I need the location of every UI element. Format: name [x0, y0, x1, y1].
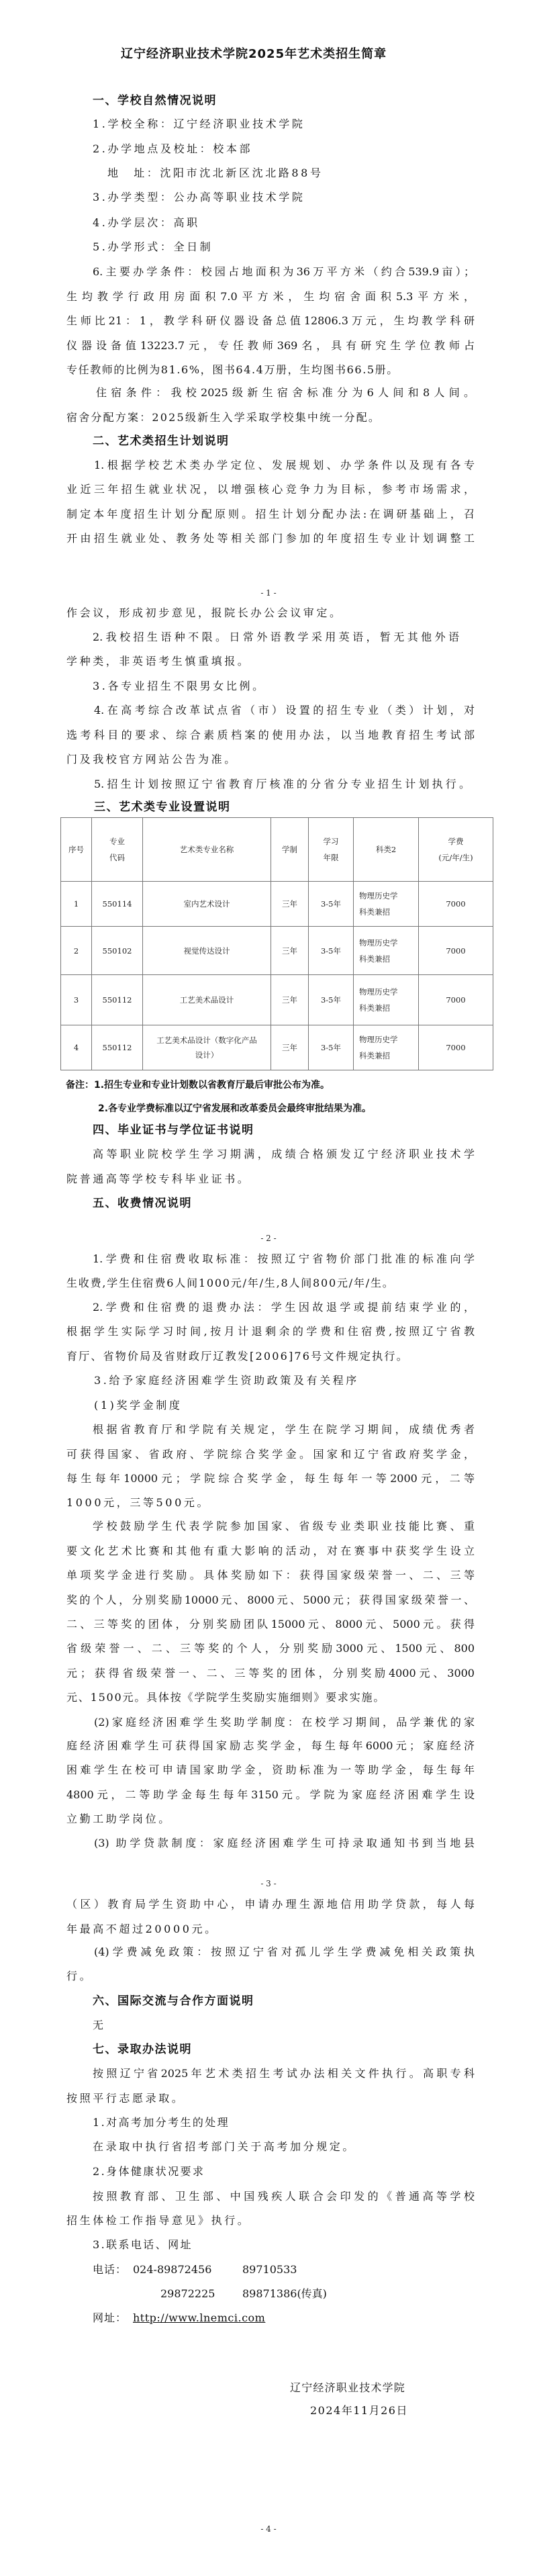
contest-line: 单项奖学金进行奖励。具体奖励如下：获得国家级荣誉一、二、三等	[66, 1569, 475, 1582]
cell-system: 三年	[271, 975, 309, 1025]
cell-tuition: 7000	[419, 882, 493, 927]
cell-code: 550112	[92, 975, 143, 1025]
school-address: 地 址：沈阳市沈北新区沈北路88号	[107, 167, 324, 180]
header-code: 专业代码	[92, 818, 143, 882]
table-note-1: 备注：1.招生专业和专业计划数以省教育厅最后审批公布为准。	[66, 1078, 330, 1091]
hardship-line: 4800元，二等助学金每生每年3150元。学院为家庭经济困难学生设	[66, 1788, 475, 1802]
school-name: 1.学校全称：辽宁经济职业技术学院	[93, 118, 305, 131]
majors-table: 序号 专业代码 艺术类专业名称 学制 学习年限 科类2 学费(元/年/生) 1 …	[60, 817, 493, 1070]
section-heading-3: 三、艺术类专业设置说明	[94, 800, 231, 814]
contest-line: 省级荣誉一、二、三等奖的个人，分别奖励3000元、1500元、800	[66, 1642, 475, 1655]
fax-number: 89871386(传真)	[242, 2287, 327, 2301]
conditions-line: 专任教师的比例为81.6%，图书64.4万册，生均图书66.5册。	[66, 363, 399, 377]
cell-subject-category: 物理历史学科类兼招	[354, 882, 419, 927]
page-number-1: - 1 -	[0, 588, 537, 598]
signature-date: 2024年11月26日	[310, 2402, 408, 2418]
table-row: 2 550102 视觉传达设计 三年 3-5年 物理历史学科类兼招 7000	[61, 927, 493, 975]
page-number-2: - 2 -	[0, 1234, 537, 1243]
aid-heading: 3.给予家庭经济困难学生资助政策及有关程序	[94, 1374, 359, 1387]
scholarship-heading: (1)奖学金制度	[94, 1399, 182, 1412]
health-line: 招生体检工作指导意见》执行。	[66, 2214, 250, 2227]
cell-tuition: 7000	[419, 1025, 493, 1070]
admission-line: 按照辽宁省2025年艺术类招生考试办法相关文件执行。高职专科	[93, 2067, 475, 2080]
plan-paragraph-line: 1.根据学校艺术类办学定位、发展规划、办学条件以及现有各专	[94, 459, 475, 472]
conditions-line: 6.主要办学条件：校园占地面积为36万平方米（约合539.9亩）；	[93, 265, 475, 279]
table-row: 4 550112 工艺美术品设计（数字化产品设计） 三年 3-5年 物理历史学科…	[61, 1025, 493, 1070]
header-subject-category: 科类2	[354, 818, 419, 882]
conditions-line: 生均教学行政用房面积7.0平方米，生均宿舍面积5.3平方米，	[66, 290, 475, 304]
refund-line: 育厅、省物价局及省财政厅辽教发[2006]76号文件规定执行。	[66, 1350, 409, 1363]
cell-tuition: 7000	[419, 975, 493, 1025]
conditions-line: 仪器设备值13223.7元，专任教师369名，具有研究生学位教师占	[66, 339, 475, 353]
plan-execution: 5.招生计划按照辽宁省教育厅核准的分省分专业招生计划执行。	[94, 778, 470, 791]
cell-major-name: 工艺美术品设计	[143, 975, 271, 1025]
contest-line: 学校鼓励学生代表学院参加国家、省级专业类职业技能比赛、重	[93, 1520, 475, 1533]
section-heading-1: 一、学校自然情况说明	[93, 94, 217, 107]
phone-number-3: 29872225	[160, 2287, 215, 2301]
header-major-name: 艺术类专业名称	[143, 818, 271, 882]
signature-org: 辽宁经济职业技术学院	[290, 2379, 405, 2395]
fee-line: 生收费,学生住宿费6人间1000元/年/生,8人间800元/年/生。	[66, 1277, 395, 1290]
loan-line: 年最高不超过20000元。	[66, 1923, 218, 1936]
cell-study-years: 3-5年	[309, 882, 354, 927]
cell-code: 550102	[92, 927, 143, 975]
cell-subject-category: 物理历史学科类兼招	[354, 975, 419, 1025]
contest-line: 二、三等奖的团体，分别奖励团队15000元、8000元、5000元。获得	[66, 1618, 475, 1631]
cell-code: 550114	[92, 882, 143, 927]
cell-index: 1	[61, 882, 92, 927]
language-line: 2.我校招生语种不限。日常外语教学采用英语，暂无其他外语	[93, 631, 459, 644]
dorm-conditions: 住宿条件：我校2025级新生宿舍标准分为6人间和8人间。	[96, 386, 475, 400]
plan-paragraph-line: 制定本年度招生计划分配原则。招生计划分配办法:在调研基础上，召	[66, 508, 475, 521]
exchange-text: 无	[93, 2019, 106, 2032]
health-line: 按照教育部、卫生部、中国残疾人联合会印发的《普通高等学校	[93, 2190, 475, 2203]
header-index: 序号	[61, 818, 92, 882]
cell-system: 三年	[271, 1025, 309, 1070]
cell-subject-category: 物理历史学科类兼招	[354, 1025, 419, 1070]
scholarship-line: 每生每年10000元；学院综合奖学金，每生每年一等2000元，二等	[66, 1472, 475, 1485]
gender-ratio: 3.各专业招生不限男女比例。	[93, 680, 266, 693]
certificate-line: 高等职业院校学生学习期满，成绩合格颁发辽宁经济职业技术学	[93, 1148, 475, 1161]
page-number-4: - 4 -	[0, 2524, 537, 2534]
cell-study-years: 3-5年	[309, 1025, 354, 1070]
cell-subject-category: 物理历史学科类兼招	[354, 927, 419, 975]
website-link[interactable]: http://www.lnemci.com	[133, 2311, 265, 2325]
scholarship-line: 可获得国家、省政府、学院综合奖学金。国家和辽宁省政府奖学金，	[66, 1448, 475, 1461]
refund-line: 2.学费和住宿费的退费办法：学生因故退学或提前结束学业的，	[93, 1301, 475, 1314]
header-tuition: 学费(元/年/生)	[419, 818, 493, 882]
hardship-line: 庭经济困难学生可获得国家励志奖学金，每生每年6000元；家庭经济	[66, 1739, 475, 1753]
bonus-text: 在录取中执行省招考部门关于高考加分规定。	[93, 2140, 356, 2154]
cell-code: 550112	[92, 1025, 143, 1070]
cell-system: 三年	[271, 927, 309, 975]
plan-paragraph-line: 开由招生就业处、教务处等相关部门参加的年度招生专业计划调整工	[66, 532, 475, 545]
contest-line: 元；获得省级荣誉一、二、三等奖的团体，分别奖励4000元、3000	[66, 1667, 475, 1680]
health-heading: 2.身体健康状况要求	[93, 2165, 205, 2178]
cell-major-name: 工艺美术品设计（数字化产品设计）	[143, 1025, 271, 1070]
phone-number-2: 89710533	[242, 2263, 297, 2276]
hardship-line: 困难学生在校可申请国家助学金，资助标准为一等助学金，每生每年	[66, 1763, 475, 1777]
school-location: 2.办学地点及校址：校本部	[93, 142, 252, 156]
page-number-3: - 3 -	[0, 1879, 537, 1888]
reform-line: 选考科目的要求、综合素质档案的使用办法，以当地教育招生考试部	[66, 729, 475, 742]
section-heading-7: 七、录取办法说明	[93, 2043, 192, 2056]
scholarship-line: 1000元，三等500元。	[66, 1496, 210, 1510]
fee-line: 1.学费和住宿费收取标准：按照辽宁省物价部门批准的标准向学	[93, 1252, 475, 1266]
table-header-row: 序号 专业代码 艺术类专业名称 学制 学习年限 科类2 学费(元/年/生)	[61, 818, 493, 882]
contest-line: 元、1500元。具体按《学院学生奖励实施细则》要求实施。	[66, 1691, 385, 1704]
cell-index: 4	[61, 1025, 92, 1070]
plan-paragraph-line: 业近三年招生就业状况，以增强核心竞争力为目标，参考市场需求，	[66, 483, 475, 496]
document-title: 辽宁经济职业技术学院2025年艺术类招生简章	[121, 44, 387, 62]
cell-index: 2	[61, 927, 92, 975]
cell-system: 三年	[271, 882, 309, 927]
section-heading-5: 五、收费情况说明	[93, 1197, 192, 1210]
reform-line: 门及我校官方网站公告为准。	[66, 753, 238, 766]
section-heading-2: 二、艺术类招生计划说明	[93, 434, 230, 448]
hardship-line: 立勤工助学岗位。	[66, 1812, 172, 1826]
school-type: 3.办学类型：公办高等职业技术学院	[93, 191, 305, 204]
admission-line: 按照平行志愿录取。	[66, 2092, 185, 2105]
contest-line: 奖的个人，分别奖励10000元、8000元、5000元；获得国家级荣誉一、	[66, 1594, 475, 1607]
bonus-heading: 1.对高考加分考生的处理	[93, 2116, 230, 2129]
scholarship-line: 根据省教育厅和学院有关规定，学生在院学习期间，成绩优秀者	[93, 1423, 475, 1436]
hardship-line: (2)家庭经济困难学生奖助学制度：在校学习期间，品学兼优的家	[94, 1716, 475, 1729]
table-note-2: 2.各专业学费标准以辽宁省发展和改革委员会最终审批结果为准。	[98, 1101, 371, 1115]
reform-line: 4.在高考综合改革试点省（市）设置的招生专业（类）计划，对	[94, 704, 475, 717]
cell-major-name: 视觉传达设计	[143, 927, 271, 975]
loan-line: （区）教育局学生资助中心，申请办理生源地信用助学贷款，每人每	[66, 1898, 475, 1911]
language-line: 学种类，非英语考生慎重填报。	[66, 655, 250, 668]
certificate-line: 院普通高等学校专科毕业证书。	[66, 1172, 250, 1186]
cell-study-years: 3-5年	[309, 927, 354, 975]
conditions-line: 生师比21：1，教学科研仪器设备总值12806.3万元，生均教学科研	[66, 314, 475, 328]
website-label: 网址：	[93, 2311, 127, 2325]
cell-major-name: 室内艺术设计	[143, 882, 271, 927]
school-form: 5.办学形式：全日制	[93, 240, 213, 254]
school-level: 4.办学层次：高职	[93, 216, 200, 230]
contact-heading: 3.联系电话、网址	[93, 2238, 193, 2252]
loan-line: (3) 助学贷款制度：家庭经济困难学生可持录取通知书到当地县	[94, 1837, 475, 1850]
cell-index: 3	[61, 975, 92, 1025]
dorm-allocation: 宿舍分配方案：2025级新生入学采取学校集中统一分配。	[66, 411, 381, 424]
plan-paragraph-line: 作会议，形成初步意见，报院长办公会议审定。	[66, 606, 343, 620]
phone-label: 电话：	[93, 2263, 127, 2276]
cell-study-years: 3-5年	[309, 975, 354, 1025]
phone-number-1: 024-89872456	[133, 2263, 211, 2276]
section-heading-4: 四、毕业证书与学位证书说明	[93, 1123, 254, 1137]
refund-line: 根据学生实际学习时间,按月计退剩余的学费和住宿费,按照辽宁省教	[66, 1325, 475, 1338]
waiver-line: (4)学费减免政策：按照辽宁省对孤儿学生学费减免相关政策执	[94, 1945, 475, 1959]
cell-tuition: 7000	[419, 927, 493, 975]
section-heading-6: 六、国际交流与合作方面说明	[93, 1994, 254, 2008]
table-row: 1 550114 室内艺术设计 三年 3-5年 物理历史学科类兼招 7000	[61, 882, 493, 927]
contest-line: 要文化艺术比赛和其他有重大影响的活动，对在赛事中获奖学生设立	[66, 1545, 475, 1558]
header-system: 学制	[271, 818, 309, 882]
header-study-years: 学习年限	[309, 818, 354, 882]
table-row: 3 550112 工艺美术品设计 三年 3-5年 物理历史学科类兼招 7000	[61, 975, 493, 1025]
waiver-line: 行。	[66, 1970, 93, 1983]
